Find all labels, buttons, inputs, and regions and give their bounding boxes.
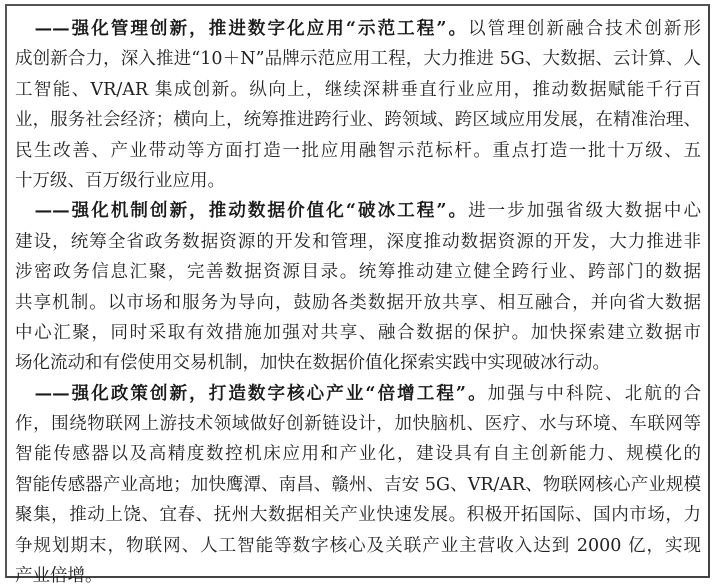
document-body: ——强化管理创新，推进数字化应用“示范工程”。以管理创新融合技术创新形 成创新合… — [15, 14, 701, 588]
paragraph-1-line-2: 成创新合力，深入推进“10＋N”品牌示范应用工程，大力推进 5G、大数据、云计算… — [15, 44, 701, 74]
paragraph-3-line-7: 产业倍增。 — [15, 561, 701, 588]
paragraph-1-heading: ——强化管理创新，推进数字化应用“示范工程”。 — [15, 19, 468, 39]
paragraph-1-line-6: 十万级、百万级行业应用。 — [15, 166, 701, 196]
paragraph-2-text: 进一步加强省级大数据中心 — [468, 201, 701, 221]
paragraph-2-line-2: 建设，统筹全省政务数据资源的开发和管理，深度推动数据资源的开发，大力推进非 — [15, 227, 701, 257]
paragraph-3-line-2: 作，围绕物联网上游技术领域做好创新链设计，加快脑机、医疗、水与环境、车联网等 — [15, 409, 701, 439]
paragraph-2-line-3: 涉密政务信息汇聚，完善数据资源目录。统筹推动建立健全跨行业、跨部门的数据 — [15, 257, 701, 287]
paragraph-2-heading: ——强化机制创新，推动数据价值化“破冰工程”。 — [15, 201, 468, 221]
paragraph-3-line-4: 智能传感器产业高地；加快鹰潭、南昌、赣州、吉安 5G、VR/AR、物联网核心产业… — [15, 470, 701, 500]
paragraph-3-heading: ——强化政策创新，打造数字核心产业“倍增工程”。 — [15, 384, 488, 404]
paragraph-2-line-4: 共享机制。以市场和服务为导向，鼓励各类数据开放共享、相互融合，并向省大数据 — [15, 288, 701, 318]
paragraph-2-line-6: 场化流动和有偿使用交易机制，加快在数据价值化探索实践中实现破冰行动。 — [15, 348, 701, 378]
paragraph-3-line-6: 争规划期末，物联网、人工智能等数字核心及关联产业主营收入达到 2000 亿，实现 — [15, 531, 701, 561]
paragraph-3-text: 加强与中科院、北航的合 — [488, 384, 701, 404]
paragraph-1-line-5: 民生改善、产业带动等方面打造一批应用融智示范标杆。重点打造一批十万级、五 — [15, 136, 701, 166]
paragraph-3-line-5: 聚集，推动上饶、宜春、抚州大数据相关产业快速发展。积极开拓国际、国内市场，力 — [15, 500, 701, 530]
paragraph-1-text: 以管理创新融合技术创新形 — [468, 19, 701, 39]
paragraph-1-line-4: 业，服务社会经济；横向上，统筹推进跨行业、跨领域、跨区域应用发展，在精准治理、 — [15, 105, 701, 135]
paragraph-3-line-3: 智能传感器以及高精度数控机床应用和产业化，建设具有自主创新能力、规模化的 — [15, 439, 701, 469]
paragraph-1-line-3: 工智能、VR/AR 集成创新。纵向上，继续深耕垂直行业应用，推动数据赋能千行百 — [15, 75, 701, 105]
paragraph-3-line-1: ——强化政策创新，打造数字核心产业“倍增工程”。加强与中科院、北航的合 — [15, 379, 701, 409]
paragraph-2-line-5: 中心汇聚，同时采取有效措施加强对共享、融合数据的保护。加快探索建立数据市 — [15, 318, 701, 348]
paragraph-2-line-1: ——强化机制创新，推动数据价值化“破冰工程”。进一步加强省级大数据中心 — [15, 196, 701, 226]
paragraph-1-line-1: ——强化管理创新，推进数字化应用“示范工程”。以管理创新融合技术创新形 — [15, 14, 701, 44]
